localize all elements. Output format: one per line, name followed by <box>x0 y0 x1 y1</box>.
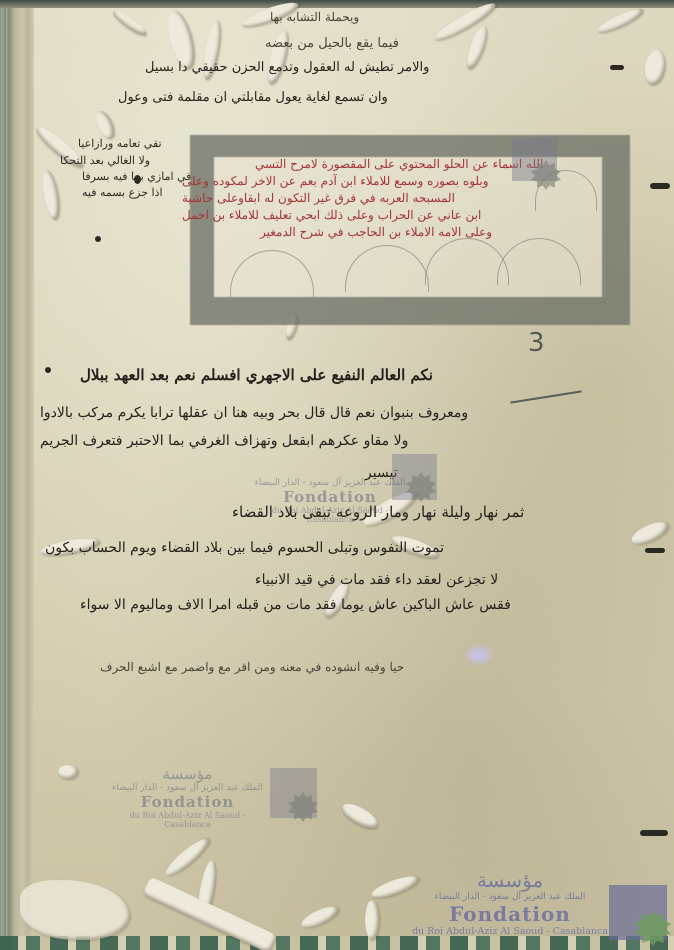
body-line: ولا مقاو عكرهم ابقعل وتهزاف الغرفي بما ا… <box>40 433 408 449</box>
watermark-arabic-sub: الملك عبد العزيز آل سعود - الدار البيضاء <box>250 478 410 488</box>
red-text-line: المسبحه العربه في فرق غير التكون له ابقا… <box>182 191 455 205</box>
body-line: تموت النفوس وتبلى الحسوم فيما بين بلاد ا… <box>45 540 444 556</box>
body-line: لا تجزعن لعقد داء فقد مات في قيد الانبيا… <box>255 572 498 588</box>
watermark-bottom-right: مؤسسة الملك عبد العزيز آل سعود - الدار ا… <box>405 868 615 937</box>
margin-note-line: في امازي بما فيه بسرفا <box>82 170 191 183</box>
watermark-arabic-sub: الملك عبد العزيز آل سعود - الدار البيضاء <box>405 892 615 902</box>
red-text-line: وعلى الامه الاملاء بن الحاجب في شرح الدم… <box>260 225 492 239</box>
pencil-dash <box>510 390 581 403</box>
watermark-left-lower: مؤسسة الملك عبد العزيز آل سعود - الدار ا… <box>105 765 270 829</box>
damage-blob <box>642 49 668 87</box>
body-line: ومعروف بنبوان نعم قال قال بحر وبيه هنا ا… <box>40 405 468 421</box>
damage-blob <box>463 24 492 71</box>
damage-blob <box>339 799 382 833</box>
red-text-line: وبلوه بصوره وسمع للاملاء ابن آدم بعم عن … <box>182 174 489 188</box>
watermark-arabic-sub: الملك عبد العزيز آل سعود - الدار البيضاء <box>105 783 270 793</box>
watermark-french-sub: du Roi Abdul-Aziz Al Saoud - Casablanca <box>105 811 270 829</box>
body-line: فقس عاش الباكين عاش يوما فقد مات من قبله… <box>80 597 511 613</box>
spine-line <box>4 0 6 950</box>
red-text-line: الله اسماء عن الحلو المحتوي على المقصورة… <box>255 157 543 171</box>
watermark-french-sub: du Roi Abdul-Aziz Al Saoud - Casablanca <box>405 926 615 937</box>
watermark-arabic-title: مؤسسة <box>105 765 270 783</box>
title-line: نكم العالم النفيع على الاجهري افسلم نعم … <box>80 366 433 384</box>
margin-note-line: ولا الغالي بعد التحكا <box>60 154 150 167</box>
damage-blob <box>365 900 379 940</box>
damage-blob <box>58 765 78 779</box>
watermark-french-title: Fondation <box>405 902 615 926</box>
damage-blob <box>40 169 62 221</box>
text-line: وان تسمع لغاية يعول مقابلتي ان مقلمة فتى… <box>118 90 388 105</box>
ink-spot <box>650 183 670 189</box>
damage-blob <box>20 880 130 940</box>
page-number-mark: 3 <box>528 328 545 358</box>
margin-note-line: تقي تعامه ورازاعيا <box>78 137 162 150</box>
ink-spot <box>610 65 624 70</box>
ink-spot <box>640 830 668 836</box>
red-text-line: ابن عاني عن الحراب وعلى ذلك ابحي تعليف ل… <box>182 208 481 222</box>
margin-note-line: اذا جزع بسمه فيه <box>82 186 163 199</box>
text-line: فيما يقع بالحيل من بعضه <box>265 36 399 51</box>
watermark-french-title: Fondation <box>105 793 270 811</box>
damage-blob <box>299 902 341 932</box>
text-line: والامر تطيش له العقول وتدمع الحزن حقيقي … <box>145 60 429 75</box>
ink-spot <box>45 367 51 373</box>
manuscript-page: ويحملة التشابه بها فيما يقع بالحيل من بع… <box>0 0 674 950</box>
ink-spot <box>645 548 665 553</box>
damage-blob <box>595 5 645 37</box>
body-line: حيا وفيه انشوده في معنه ومن اقر مع واضمر… <box>100 660 404 674</box>
damage-blob <box>111 7 150 38</box>
text-line: ويحملة التشابه بها <box>270 10 359 24</box>
ink-smudge <box>468 647 490 663</box>
top-edge <box>0 0 674 8</box>
ink-spot <box>95 236 101 242</box>
damage-blob <box>628 517 671 548</box>
body-line: ثمر نهار وليلة نهار ومار الروعه تبقى بلا… <box>232 503 524 521</box>
watermark-arabic-title: مؤسسة <box>405 868 615 892</box>
